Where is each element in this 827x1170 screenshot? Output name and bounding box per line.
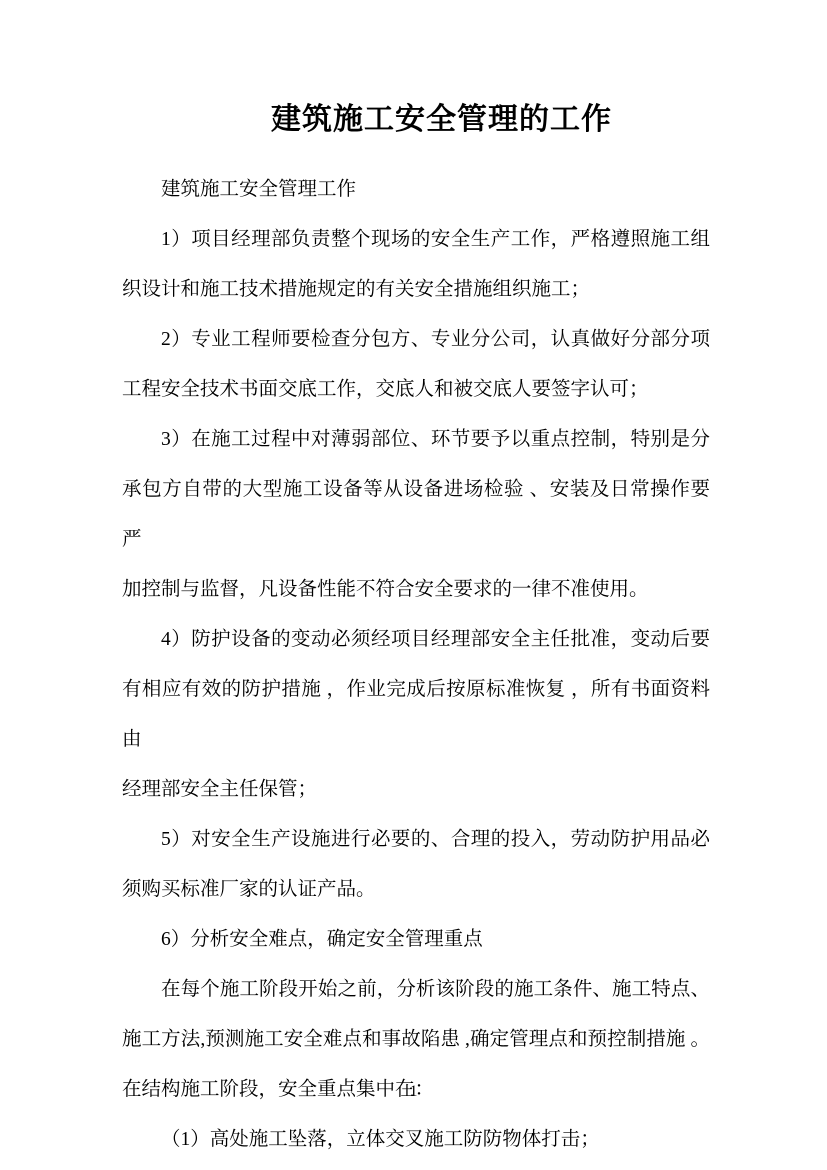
- text-line: 经理部安全主任保管；: [122, 765, 710, 815]
- text-line: 施工方法,预测施工安全难点和事故陷患 ,确定管理点和预控制措施 。: [122, 1015, 710, 1065]
- text-line: 4）防护设备的变动必须经项目经理部安全主任批准，变动后要: [122, 615, 710, 665]
- text-line: 加控制与监督，凡设备性能不符合安全要求的一律不准使用。: [122, 565, 710, 615]
- document-title: 建筑施工安全管理的工作: [0, 98, 827, 142]
- text-line: 织设计和施工技术措施规定的有关安全措施组织施工；: [122, 265, 710, 315]
- text-line: 承包方自带的大型施工设备等从设备进场检验 、安装及日常操作要严: [122, 465, 710, 565]
- text-line: 建筑施工安全管理工作: [122, 165, 710, 215]
- paragraph: 4）防护设备的变动必须经项目经理部安全主任批准，变动后要有相应有效的防护措施 ，…: [122, 615, 710, 815]
- text-line: 6）分析安全难点，确定安全管理重点: [122, 915, 710, 965]
- text-line: 3）在施工过程中对薄弱部位、环节要予以重点控制，特别是分: [122, 415, 710, 465]
- text-line: 2）专业工程师要检查分包方、专业分公司，认真做好分部分项: [122, 315, 710, 365]
- document-body: 建筑施工安全管理工作1）项目经理部负责整个现场的安全生产工作，严格遵照施工组织设…: [122, 165, 710, 1165]
- document-page: 建筑施工安全管理的工作 建筑施工安全管理工作1）项目经理部负责整个现场的安全生产…: [0, 0, 827, 1170]
- paragraph: （1）高处施工坠落，立体交叉施工防防物体打击；: [122, 1115, 710, 1165]
- text-line: 须购买标准厂家的认证产品。: [122, 865, 710, 915]
- page-number: 1: [0, 1082, 827, 1102]
- text-line: 有相应有效的防护措施 ，作业完成后按原标准恢复 ，所有书面资料由: [122, 665, 710, 765]
- paragraph: 6）分析安全难点，确定安全管理重点: [122, 915, 710, 965]
- paragraph: 5）对安全生产设施进行必要的、合理的投入，劳动防护用品必须购买标准厂家的认证产品…: [122, 815, 710, 915]
- text-line: 在每个施工阶段开始之前，分析该阶段的施工条件、施工特点、: [122, 965, 710, 1015]
- paragraph: 2）专业工程师要检查分包方、专业分公司，认真做好分部分项工程安全技术书面交底工作…: [122, 315, 710, 415]
- paragraph: 3）在施工过程中对薄弱部位、环节要予以重点控制，特别是分承包方自带的大型施工设备…: [122, 415, 710, 615]
- paragraph: 1）项目经理部负责整个现场的安全生产工作，严格遵照施工组织设计和施工技术措施规定…: [122, 215, 710, 315]
- text-line: 1）项目经理部负责整个现场的安全生产工作，严格遵照施工组: [122, 215, 710, 265]
- text-line: 工程安全技术书面交底工作，交底人和被交底人要签字认可；: [122, 365, 710, 415]
- text-line: 5）对安全生产设施进行必要的、合理的投入，劳动防护用品必: [122, 815, 710, 865]
- text-line: （1）高处施工坠落，立体交叉施工防防物体打击；: [122, 1115, 710, 1165]
- paragraph: 建筑施工安全管理工作: [122, 165, 710, 215]
